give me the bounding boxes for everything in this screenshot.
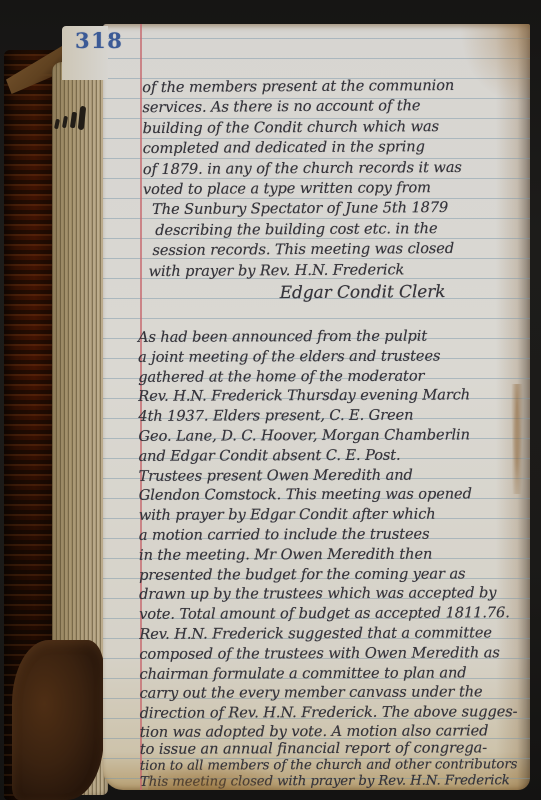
- scanned-ledger-photo: of the members present at the communion …: [0, 0, 541, 800]
- handwritten-line: carry out the every member canvass under…: [140, 683, 518, 704]
- handwritten-line: Geo. Lane, D. C. Hoover, Morgan Chamberl…: [138, 425, 516, 446]
- ledger-page: of the members present at the communion …: [103, 24, 530, 790]
- handwritten-line: Glendon Comstock. This meeting was opene…: [139, 485, 517, 506]
- handwritten-line: voted to place a type written copy from: [143, 178, 462, 201]
- handwritten-line: completed and dedicated in the spring: [143, 137, 462, 160]
- handwritten-line: with prayer by Rev. H.N. Frederick: [148, 260, 462, 283]
- handwritten-line: session records. This meeting was closed: [152, 239, 462, 262]
- handwritten-line: gathered at the home of the moderator: [138, 366, 516, 387]
- handwritten-line: Rev. H.N. Frederick suggested that a com…: [139, 623, 517, 644]
- handwritten-line: direction of Rev. H.N. Frederick. The ab…: [140, 702, 518, 723]
- handwritten-line: of the members present at the communion: [142, 76, 461, 99]
- clerk-signature: Edgar Condit Clerk: [280, 281, 463, 304]
- handwritten-line: and Edgar Condit absent C. E. Post.: [139, 445, 517, 466]
- handwritten-line: describing the building cost etc. in the: [155, 219, 462, 242]
- handwritten-line: The Sunbury Spectator of June 5th 1879: [152, 198, 462, 221]
- handwritten-line: to issue an annual financial report of c…: [140, 740, 518, 759]
- minutes-entry-1879: of the members present at the communion …: [142, 76, 463, 305]
- handwritten-line: services. As there is no account of the: [142, 96, 461, 119]
- handwritten-line: presented the budget for the coming year…: [139, 564, 517, 585]
- handwritten-line: This meeting closed with prayer by Rev. …: [140, 773, 518, 790]
- handwritten-line: tion to all members of the church and ot…: [140, 757, 518, 775]
- handwritten-line: chairman formulate a committee to plan a…: [139, 663, 517, 684]
- leather-corner: [12, 640, 104, 800]
- page-number: 318: [75, 28, 125, 53]
- handwritten-line: in the meeting. Mr Owen Meredith then: [139, 544, 517, 565]
- handwritten-line: a motion carried to include the trustees: [139, 524, 517, 545]
- handwritten-line: tion was adopted by vote. A motion also …: [140, 722, 518, 741]
- handwritten-line: a joint meeting of the elders and truste…: [138, 346, 516, 367]
- handwritten-line: vote. Total amount of budget as accepted…: [139, 603, 517, 624]
- handwritten-line: building of the Condit church which was: [142, 117, 461, 140]
- handwritten-line: with prayer by Edgar Condit after which: [139, 504, 517, 525]
- handwritten-line: drawn up by the trustees which was accep…: [139, 584, 517, 605]
- handwritten-line: of 1879. in any of the church records it…: [143, 158, 462, 181]
- paper-stain: [460, 24, 530, 104]
- handwritten-line: Trustees present Owen Meredith and: [139, 465, 517, 486]
- handwritten-line: composed of the trustees with Owen Mered…: [139, 643, 517, 664]
- handwritten-line: As had been announced from the pulpit: [138, 326, 516, 347]
- handwritten-line: 4th 1937. Elders present, C. E. Green: [138, 405, 516, 426]
- handwritten-line: Rev. H.N. Frederick Thursday evening Mar…: [138, 386, 516, 407]
- minutes-entry-1937: As had been announced from the pulpit a …: [138, 326, 518, 790]
